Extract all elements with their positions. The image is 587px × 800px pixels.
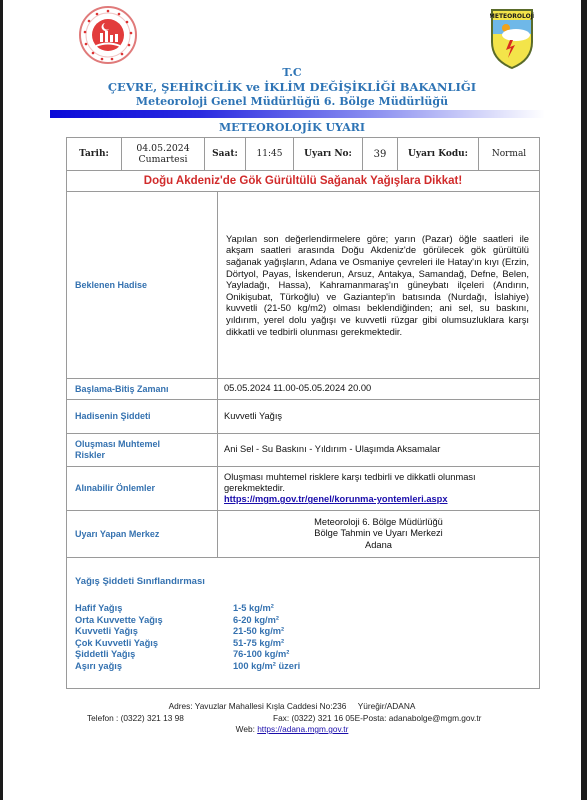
meta-row: Tarih: 04.05.2024 Cumartesi Saat: 11:45 … xyxy=(67,138,539,171)
classification-title: Yağış Şiddeti Sınıflandırması xyxy=(75,576,205,587)
issuer-line-2: Bölge Tahmin ve Uyarı Merkezi xyxy=(314,528,443,539)
expected-event-label: Beklenen Hadise xyxy=(67,192,218,378)
time-value: 11:45 xyxy=(246,138,294,170)
classification-item: Kuvvetli Yağış 21-50 kg/m² xyxy=(75,626,375,638)
alert-title-row: Doğu Akdeniz'de Gök Gürültülü Sağanak Ya… xyxy=(67,171,539,192)
classification-name: Çok Kuvvetli Yağış xyxy=(75,638,158,650)
date-label: Tarih: xyxy=(67,138,122,170)
ministry-name: ÇEVRE, ŞEHİRCİLİK ve İKLİM DEĞİŞİKLİĞİ B… xyxy=(3,80,581,94)
header-divider xyxy=(50,110,545,118)
day-value: Cumartesi xyxy=(139,154,188,165)
issuer-line-1: Meteoroloji 6. Bölge Müdürlüğü xyxy=(314,517,443,528)
classification-value: 51-75 kg/m² xyxy=(233,638,284,650)
classification-item: Hafif Yağış 1-5 kg/m² xyxy=(75,603,375,615)
header-tc: T.C xyxy=(3,66,581,79)
measures-cell: Oluşması muhtemel risklere karşı tedbirl… xyxy=(218,467,539,510)
warning-table: Tarih: 04.05.2024 Cumartesi Saat: 11:45 … xyxy=(66,137,540,689)
time-label: Saat: xyxy=(205,138,246,170)
classification-name: Kuvvetli Yağış xyxy=(75,626,138,638)
severity-label: Hadisenin Şiddeti xyxy=(67,400,218,433)
classification-name: Aşırı yağış xyxy=(75,661,122,673)
meteoroloji-shield-icon: METEOROLOJİ xyxy=(490,8,534,70)
classification-name: Şiddetli Yağış xyxy=(75,649,135,661)
classification-value: 21-50 kg/m² xyxy=(233,626,284,638)
classification-value: 1-5 kg/m² xyxy=(233,603,274,615)
svg-text:METEOROLOJİ: METEOROLOJİ xyxy=(490,13,534,20)
issuer-line-3: Adana xyxy=(365,540,392,551)
precipitation-classification: Yağış Şiddeti Sınıflandırması Hafif Yağı… xyxy=(67,558,539,688)
warning-code-label: Uyarı Kodu: xyxy=(398,138,479,170)
severity-value: Kuvvetli Yağış xyxy=(218,400,539,433)
alert-title: Doğu Akdeniz'de Gök Gürültülü Sağanak Ya… xyxy=(67,171,539,192)
issuer-label: Uyarı Yapan Merkez xyxy=(67,511,218,557)
issuer-row: Uyarı Yapan Merkez Meteoroloji 6. Bölge … xyxy=(67,511,539,558)
measures-value: Oluşması muhtemel risklere karşı tedbirl… xyxy=(224,472,533,495)
measures-link[interactable]: https://mgm.gov.tr/genel/korunma-yonteml… xyxy=(224,494,448,505)
footer-web-label: Web: xyxy=(236,724,258,734)
start-end-row: Başlama-Bitiş Zamanı 05.05.2024 11.00-05… xyxy=(67,379,539,400)
classification-name: Hafif Yağış xyxy=(75,603,122,615)
warning-code-value: Normal xyxy=(479,138,539,170)
footer-web: Web: https://adana.mgm.gov.tr xyxy=(3,724,581,734)
issuer-cell: Meteoroloji 6. Bölge Müdürlüğü Bölge Tah… xyxy=(218,511,539,557)
classification-list: Hafif Yağış 1-5 kg/m² Orta Kuvvette Yağı… xyxy=(75,603,375,672)
classification-value: 100 kg/m² üzeri xyxy=(233,661,300,673)
classification-item: Aşırı yağış 100 kg/m² üzeri xyxy=(75,661,375,673)
ministry-emblem-icon xyxy=(78,5,138,65)
date-value: 04.05.2024 xyxy=(136,143,189,154)
footer-address: Adres: Yavuzlar Mahallesi Kışla Caddesi … xyxy=(3,701,581,711)
start-end-label: Başlama-Bitiş Zamanı xyxy=(67,379,218,399)
start-end-value: 05.05.2024 11.00-05.05.2024 20.00 xyxy=(218,379,539,399)
risks-value: Ani Sel - Su Baskını - Yıldırım - Ulaşım… xyxy=(218,434,539,466)
measures-row: Alınabilir Önlemler Oluşması muhtemel ri… xyxy=(67,467,539,511)
date-cell: 04.05.2024 Cumartesi xyxy=(122,138,205,170)
expected-event-row: Beklenen Hadise Yapılan son değerlendirm… xyxy=(67,192,539,379)
risks-row: Oluşması Muhtemel Riskler Ani Sel - Su B… xyxy=(67,434,539,467)
expected-event-cell: Yapılan son değerlendirmelere göre; yarı… xyxy=(218,192,539,378)
footer-web-link[interactable]: https://adana.mgm.gov.tr xyxy=(257,724,348,734)
measures-label: Alınabilir Önlemler xyxy=(67,467,218,510)
expected-event-value: Yapılan son değerlendirmelere göre; yarı… xyxy=(224,233,533,337)
classification-name: Orta Kuvvette Yağış xyxy=(75,615,163,627)
warning-no-label: Uyarı No: xyxy=(294,138,363,170)
classification-item: Çok Kuvvetli Yağış 51-75 kg/m² xyxy=(75,638,375,650)
classification-item: Orta Kuvvette Yağış 6-20 kg/m² xyxy=(75,615,375,627)
classification-value: 6-20 kg/m² xyxy=(233,615,279,627)
document-page: METEOROLOJİ T.C ÇEVRE, ŞEHİRCİLİK ve İKL… xyxy=(3,0,581,800)
document-title: METEOROLOJİK UYARI xyxy=(3,121,581,134)
footer-phone: Telefon : (0322) 321 13 98 xyxy=(87,713,184,723)
footer-fax-email: Fax: (0322) 321 16 05E-Posta: adanabolge… xyxy=(273,713,481,723)
department-name: Meteoroloji Genel Müdürlüğü 6. Bölge Müd… xyxy=(3,95,581,108)
classification-item: Şiddetli Yağış 76-100 kg/m² xyxy=(75,649,375,661)
severity-row: Hadisenin Şiddeti Kuvvetli Yağış xyxy=(67,400,539,434)
risks-label: Oluşması Muhtemel Riskler xyxy=(67,434,218,466)
warning-no-value: 39 xyxy=(363,138,398,170)
classification-value: 76-100 kg/m² xyxy=(233,649,289,661)
